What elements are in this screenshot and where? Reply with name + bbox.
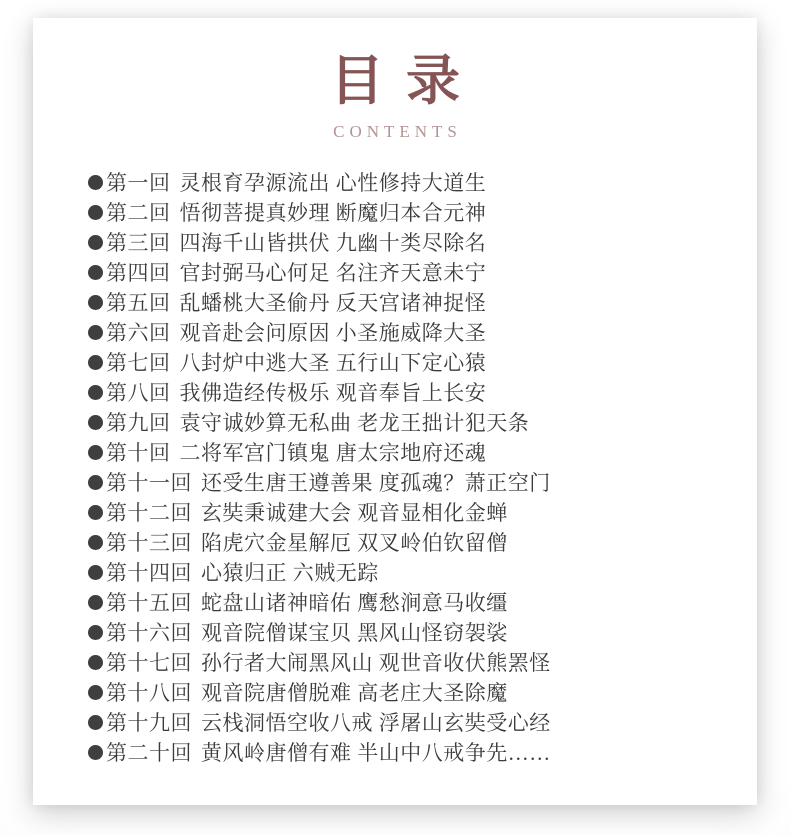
chapter-number: 第十九回 xyxy=(106,707,192,737)
chapter-title: 袁守诚妙算无私曲 老龙王拙计犯天条 xyxy=(180,407,530,437)
toc-item[interactable]: 第十三回 陷虎穴金星解厄 双叉岭伯钦留僧 xyxy=(88,527,727,557)
chapter-title: 悟彻菩提真妙理 断魔归本合元神 xyxy=(180,197,487,227)
chapter-title: 观音赴会问原因 小圣施威降大圣 xyxy=(180,317,487,347)
toc-item[interactable]: 第八回 我佛造经传极乐 观音奉旨上长安 xyxy=(88,377,727,407)
bullet-icon xyxy=(88,595,103,610)
bullet-icon xyxy=(88,235,103,250)
toc-item[interactable]: 第十八回 观音院唐僧脱难 高老庄大圣除魔 xyxy=(88,677,727,707)
chapter-number: 第八回 xyxy=(106,377,171,407)
toc-item[interactable]: 第五回 乱蟠桃大圣偷丹 反天宫诸神捉怪 xyxy=(88,287,727,317)
chapter-number: 第二回 xyxy=(106,197,171,227)
toc-page: 目录 CONTENTS 第一回 灵根育孕源流出 心性修持大道生 第二回 悟彻菩提… xyxy=(33,18,757,805)
chapter-title: 心猿归正 六贼无踪 xyxy=(201,557,379,587)
chapter-title: 孙行者大闹黑风山 观世音收伏熊罴怪 xyxy=(201,647,551,677)
chapter-number: 第四回 xyxy=(106,257,171,287)
chapter-title: 蛇盘山诸神暗佑 鹰愁涧意马收缰 xyxy=(201,587,508,617)
chapter-number: 第十六回 xyxy=(106,617,192,647)
bullet-icon xyxy=(88,415,103,430)
chapter-title: 云栈洞悟空收八戒 浮屠山玄奘受心经 xyxy=(201,707,551,737)
bullet-icon xyxy=(88,565,103,580)
toc-item[interactable]: 第十一回 还受生唐王遵善果 度孤魂？萧正空门 xyxy=(88,467,727,497)
bullet-icon xyxy=(88,475,103,490)
bullet-icon xyxy=(88,175,103,190)
bullet-icon xyxy=(88,745,103,760)
chapter-number: 第三回 xyxy=(106,227,171,257)
toc-item[interactable]: 第一回 灵根育孕源流出 心性修持大道生 xyxy=(88,167,727,197)
chapter-title: 八封炉中逃大圣 五行山下定心猿 xyxy=(180,347,487,377)
chapter-title: 观音院僧谋宝贝 黑风山怪窃袈裟 xyxy=(201,617,508,647)
toc-item[interactable]: 第四回 官封弼马心何足 名注齐天意未宁 xyxy=(88,257,727,287)
chapter-number: 第十八回 xyxy=(106,677,192,707)
chapter-title: 二将军宫门镇鬼 唐太宗地府还魂 xyxy=(180,437,487,467)
bullet-icon xyxy=(88,715,103,730)
chapter-title: 官封弼马心何足 名注齐天意未宁 xyxy=(180,257,487,287)
chapter-number: 第七回 xyxy=(106,347,171,377)
bullet-icon xyxy=(88,655,103,670)
chapter-number: 第十回 xyxy=(106,437,171,467)
bullet-icon xyxy=(88,295,103,310)
toc-item[interactable]: 第十回 二将军宫门镇鬼 唐太宗地府还魂 xyxy=(88,437,727,467)
toc-item[interactable]: 第三回 四海千山皆拱伏 九幽十类尽除名 xyxy=(88,227,727,257)
chapter-title: 四海千山皆拱伏 九幽十类尽除名 xyxy=(180,227,487,257)
chapter-number: 第五回 xyxy=(106,287,171,317)
toc-item[interactable]: 第十二回 玄奘秉诚建大会 观音显相化金蝉 xyxy=(88,497,727,527)
page-title: 目录 xyxy=(33,54,757,108)
toc-item[interactable]: 第十九回 云栈洞悟空收八戒 浮屠山玄奘受心经 xyxy=(88,707,727,737)
chapter-number: 第十五回 xyxy=(106,587,192,617)
chapter-number: 第十三回 xyxy=(106,527,192,557)
bullet-icon xyxy=(88,535,103,550)
toc-item[interactable]: 第十四回 心猿归正 六贼无踪 xyxy=(88,557,727,587)
toc-item[interactable]: 第十七回 孙行者大闹黑风山 观世音收伏熊罴怪 xyxy=(88,647,727,677)
toc-item[interactable]: 第九回 袁守诚妙算无私曲 老龙王拙计犯天条 xyxy=(88,407,727,437)
toc-item[interactable]: 第十五回 蛇盘山诸神暗佑 鹰愁涧意马收缰 xyxy=(88,587,727,617)
chapter-number: 第六回 xyxy=(106,317,171,347)
chapter-title: 我佛造经传极乐 观音奉旨上长安 xyxy=(180,377,487,407)
chapter-number: 第九回 xyxy=(106,407,171,437)
bullet-icon xyxy=(88,445,103,460)
bullet-icon xyxy=(88,505,103,520)
page-subtitle: CONTENTS xyxy=(33,121,757,142)
toc-list: 第一回 灵根育孕源流出 心性修持大道生 第二回 悟彻菩提真妙理 断魔归本合元神 … xyxy=(33,167,757,767)
chapter-title: 黄风岭唐僧有难 半山中八戒争先…… xyxy=(201,737,551,767)
chapter-number: 第十七回 xyxy=(106,647,192,677)
chapter-title: 观音院唐僧脱难 高老庄大圣除魔 xyxy=(201,677,508,707)
chapter-number: 第一回 xyxy=(106,167,171,197)
chapter-number: 第十四回 xyxy=(106,557,192,587)
bullet-icon xyxy=(88,265,103,280)
toc-item[interactable]: 第十六回 观音院僧谋宝贝 黑风山怪窃袈裟 xyxy=(88,617,727,647)
toc-item[interactable]: 第二十回 黄风岭唐僧有难 半山中八戒争先…… xyxy=(88,737,727,767)
toc-item[interactable]: 第七回 八封炉中逃大圣 五行山下定心猿 xyxy=(88,347,727,377)
bullet-icon xyxy=(88,685,103,700)
toc-item[interactable]: 第二回 悟彻菩提真妙理 断魔归本合元神 xyxy=(88,197,727,227)
chapter-title: 玄奘秉诚建大会 观音显相化金蝉 xyxy=(201,497,508,527)
chapter-title: 陷虎穴金星解厄 双叉岭伯钦留僧 xyxy=(201,527,508,557)
bullet-icon xyxy=(88,385,103,400)
bullet-icon xyxy=(88,625,103,640)
chapter-number: 第十二回 xyxy=(106,497,192,527)
chapter-title: 还受生唐王遵善果 度孤魂？萧正空门 xyxy=(201,467,551,497)
bullet-icon xyxy=(88,205,103,220)
toc-item[interactable]: 第六回 观音赴会问原因 小圣施威降大圣 xyxy=(88,317,727,347)
chapter-title: 乱蟠桃大圣偷丹 反天宫诸神捉怪 xyxy=(180,287,487,317)
chapter-title: 灵根育孕源流出 心性修持大道生 xyxy=(180,167,487,197)
chapter-number: 第二十回 xyxy=(106,737,192,767)
bullet-icon xyxy=(88,325,103,340)
chapter-number: 第十一回 xyxy=(106,467,192,497)
bullet-icon xyxy=(88,355,103,370)
